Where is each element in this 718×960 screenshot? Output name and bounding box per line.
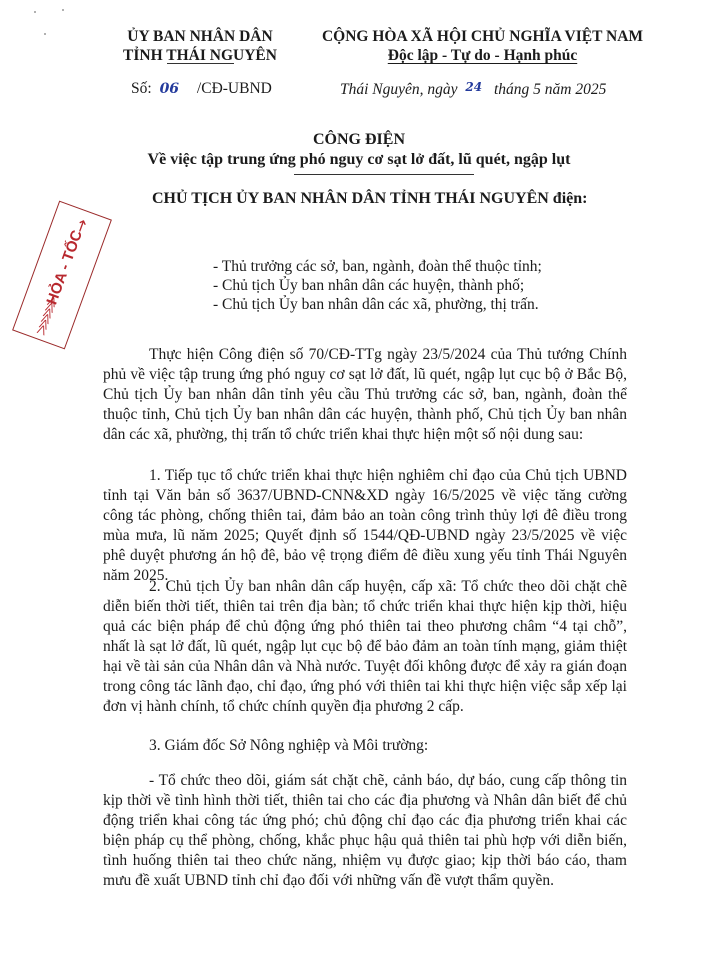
recipient-item: - Chủ tịch Ủy ban nhân dân các huyện, th…	[213, 276, 542, 295]
item-2-paragraph: 2. Chủ tịch Ủy ban nhân dân cấp huyện, c…	[103, 577, 627, 717]
number-handwritten: 06	[160, 81, 179, 97]
chevron-pattern-icon: ⋀⋀⋀⋀⋀⋀	[29, 295, 66, 338]
recipient-item: - Chủ tịch Ủy ban nhân dân các xã, phườn…	[213, 295, 542, 314]
body-item-3-heading: 3. Giám đốc Sở Nông nghiệp và Môi trường…	[103, 736, 627, 756]
document-subject: Về việc tập trung ứng phó nguy cơ sạt lở…	[0, 150, 718, 170]
number-label: Số:	[131, 80, 152, 97]
date-suffix: tháng 5 năm 2025	[494, 81, 606, 98]
scan-speck	[62, 9, 64, 11]
date-prefix: Thái Nguyên, ngày	[340, 81, 458, 98]
nation-line-1: CỘNG HÒA XÃ HỘI CHỦ NGHĨA VIỆT NAM	[310, 27, 655, 46]
scan-speck	[44, 33, 46, 35]
issuing-agency: ỦY BAN NHÂN DÂN TỈNH THÁI NGUYÊN	[100, 27, 300, 65]
date-day-handwritten: 24	[465, 80, 482, 94]
scan-speck	[34, 11, 36, 13]
title-underline	[294, 174, 474, 175]
agency-underline	[167, 63, 234, 64]
sender-line: CHỦ TỊCH ỦY BAN NHÂN DÂN TỈNH THÁI NGUYÊ…	[152, 190, 587, 208]
document-title: CÔNG ĐIỆN Về việc tập trung ứng phó nguy…	[0, 130, 718, 170]
urgent-stamp: ↑ HỎA - TỐC ⋀⋀⋀⋀⋀⋀	[12, 201, 112, 350]
recipient-item: - Thủ trưởng các sở, ban, ngành, đoàn th…	[213, 257, 542, 276]
issue-date: Thái Nguyên, ngày 24 tháng 5 năm 2025	[340, 80, 606, 99]
document-number: Số: 06 /CĐ-UBND	[131, 80, 272, 98]
body-item-1: 1. Tiếp tục tổ chức triển khai thực hiện…	[103, 466, 627, 586]
national-motto: CỘNG HÒA XÃ HỘI CHỦ NGHĨA VIỆT NAM Độc l…	[310, 27, 655, 65]
item-3-bullet-1: - Tổ chức theo dõi, giám sát chặt chẽ, c…	[103, 771, 627, 891]
body-item-3-bullet: - Tổ chức theo dõi, giám sát chặt chẽ, c…	[103, 771, 627, 891]
item-1-paragraph: 1. Tiếp tục tổ chức triển khai thực hiện…	[103, 466, 627, 586]
intro-paragraph: Thực hiện Công điện số 70/CĐ-TTg ngày 23…	[103, 345, 627, 445]
item-3-heading: 3. Giám đốc Sở Nông nghiệp và Môi trường…	[103, 736, 627, 756]
body-intro: Thực hiện Công điện số 70/CĐ-TTg ngày 23…	[103, 345, 627, 445]
nation-line-2: Độc lập - Tự do - Hạnh phúc	[310, 46, 655, 65]
document-type: CÔNG ĐIỆN	[0, 130, 718, 150]
agency-line-1: ỦY BAN NHÂN DÂN	[100, 27, 300, 46]
number-suffix: /CĐ-UBND	[197, 80, 272, 97]
recipient-list: - Thủ trưởng các sở, ban, ngành, đoàn th…	[213, 257, 542, 314]
body-item-2: 2. Chủ tịch Ủy ban nhân dân cấp huyện, c…	[103, 577, 627, 717]
